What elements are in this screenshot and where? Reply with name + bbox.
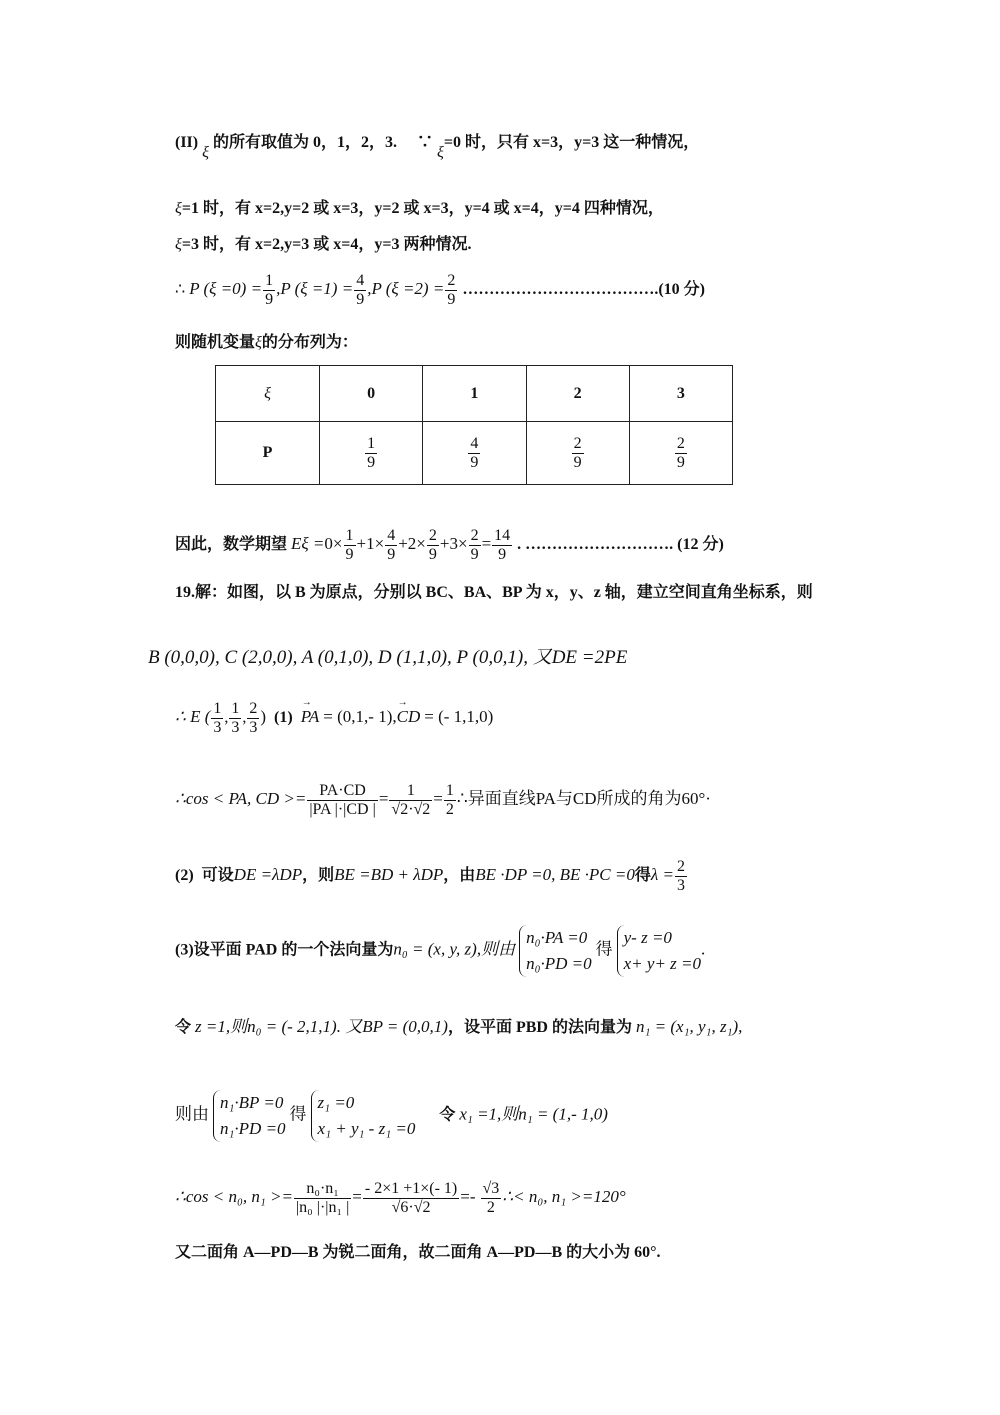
- fraction: 19: [263, 272, 275, 309]
- part-label: (II): [175, 134, 198, 151]
- dist-intro-text: 则随机变量: [175, 334, 255, 351]
- because-symbol: ∵: [417, 134, 433, 151]
- therefore-symbol: ∴: [175, 281, 185, 298]
- case3-text: =3 时，有 x=2,y=3 或 x=4，y=3 两种情况.: [182, 236, 472, 253]
- q19-heading: 19.解：如图，以 B 为原点，分别以 BC、BA、BP 为 x，y、z 轴，建…: [175, 583, 813, 603]
- table-cell: 2: [526, 366, 629, 422]
- vector-CD: CD: [397, 707, 421, 727]
- table-header-row: ξ 0 1 2 3: [216, 366, 733, 422]
- equation-system: n₀·PA =0n₀·PD =0: [519, 925, 592, 977]
- table-cell: 49: [423, 422, 526, 485]
- let-z-line: 令 z =1,则n₀ = (- 2,1,1). 又BP = (0,0,1)，设平…: [175, 1017, 742, 1038]
- score-label: (10 分): [658, 281, 705, 298]
- xi-symbol: ξ: [255, 334, 262, 351]
- table-cell: ξ: [216, 366, 320, 422]
- prob-label: ,P (ξ =1) =: [276, 279, 353, 298]
- dist-intro-tail: 的分布列为：: [262, 334, 358, 351]
- part1-label: (1): [274, 709, 293, 726]
- case1-text: =1 时，有 x=2,y=2 或 x=3，y=2 或 x=3，y=4 或 x=4…: [182, 200, 664, 217]
- part2-solution-line: (2) 可设DE =λDP，则BE =BD + λDP，由BE ·DP =0, …: [175, 858, 688, 895]
- table-cell: 3: [629, 366, 732, 422]
- xi-symbol: ξ: [202, 144, 209, 161]
- expectation-line: 因此，数学期望 Eξ =0×19+1×49+2×29+3×29=149 . ………: [175, 527, 724, 564]
- system-pbd-line: 则由 n₁·BP =0n₁·PD =0 得 z₁ =0x₁ + y₁ - z₁ …: [175, 1090, 608, 1142]
- prob-label: P (ξ =0) =: [189, 279, 262, 298]
- probability-line: ∴ P (ξ =0) =19,P (ξ =1) =49,P (ξ =2) =29…: [175, 272, 705, 309]
- intro-text: 的所有取值为 0，1，2，3.: [213, 134, 397, 151]
- xi-symbol: ξ: [437, 144, 444, 161]
- conclusion-angle: ∴异面直线PA与CD所成的角为60°·: [457, 789, 711, 808]
- xi-symbol: ξ: [175, 200, 182, 217]
- case0-text: =0 时，只有 x=3，y=3 这一种情况，: [444, 134, 699, 151]
- equation-system: y- z =0x+ y+ z =0: [617, 925, 701, 977]
- expectation-prefix: 因此，数学期望: [175, 536, 287, 553]
- table-cell: P: [216, 422, 320, 485]
- table-cell: 29: [526, 422, 629, 485]
- score-label: (12 分): [677, 536, 724, 553]
- fraction: 49: [354, 272, 366, 309]
- part3-solution-line: (3)设平面 PAD 的一个法向量为n₀ = (x, y, z),则由 n₀·P…: [175, 925, 705, 977]
- expectation-result: 149: [492, 527, 512, 564]
- table-cell: 19: [320, 422, 423, 485]
- cos-pa-cd-line: ∴cos < PA, CD >=PA·CD|PA |·|CD |=1√2·√2=…: [175, 782, 711, 819]
- prob-label: ,P (ξ =2) =: [367, 279, 444, 298]
- table-cell: 29: [629, 422, 732, 485]
- xi-symbol: ξ: [175, 236, 182, 253]
- final-conclusion: 又二面角 A—PD—B 为锐二面角，故二面角 A—PD—B 的大小为 60°.: [175, 1243, 661, 1263]
- table-cell: 1: [423, 366, 526, 422]
- equation-system: z₁ =0x₁ + y₁ - z₁ =0: [311, 1090, 416, 1142]
- dist-intro-line: 则随机变量ξ的分布列为：: [175, 333, 358, 353]
- cos-n0-n1-line: ∴cos < n₀, n₁ >=n₀·n₁|n₀ |·|n₁ |=- 2×1 +…: [175, 1180, 626, 1217]
- leader-dots: ……………………………….: [462, 281, 658, 298]
- equation-system: n₁·BP =0n₁·PD =0: [213, 1090, 286, 1142]
- table-cell: 0: [320, 366, 423, 422]
- fraction: 29: [445, 272, 457, 309]
- table-row: P 19 49 29 29: [216, 422, 733, 485]
- distribution-table: ξ 0 1 2 3 P 19 49 29 29: [215, 365, 733, 485]
- leader-dots: . ……………………….: [517, 536, 673, 553]
- vector-PA: PA: [301, 707, 320, 727]
- expectation-lhs: Eξ =: [291, 534, 324, 553]
- e-point-line: ∴ E (13,13,23) (1) PA = (0,1,- 1),CD = (…: [175, 700, 493, 737]
- case1-line: ξ=1 时，有 x=2,y=2 或 x=3，y=2 或 x=3，y=4 或 x=…: [175, 199, 664, 219]
- part2-intro-line: (II) ξ 的所有取值为 0，1，2，3. ∵ ξ=0 时，只有 x=3，y=…: [175, 133, 699, 153]
- coords-line: B (0,0,0), C (2,0,0), A (0,1,0), D (1,1,…: [148, 648, 627, 668]
- case3-line: ξ=3 时，有 x=2,y=3 或 x=4，y=3 两种情况.: [175, 235, 471, 255]
